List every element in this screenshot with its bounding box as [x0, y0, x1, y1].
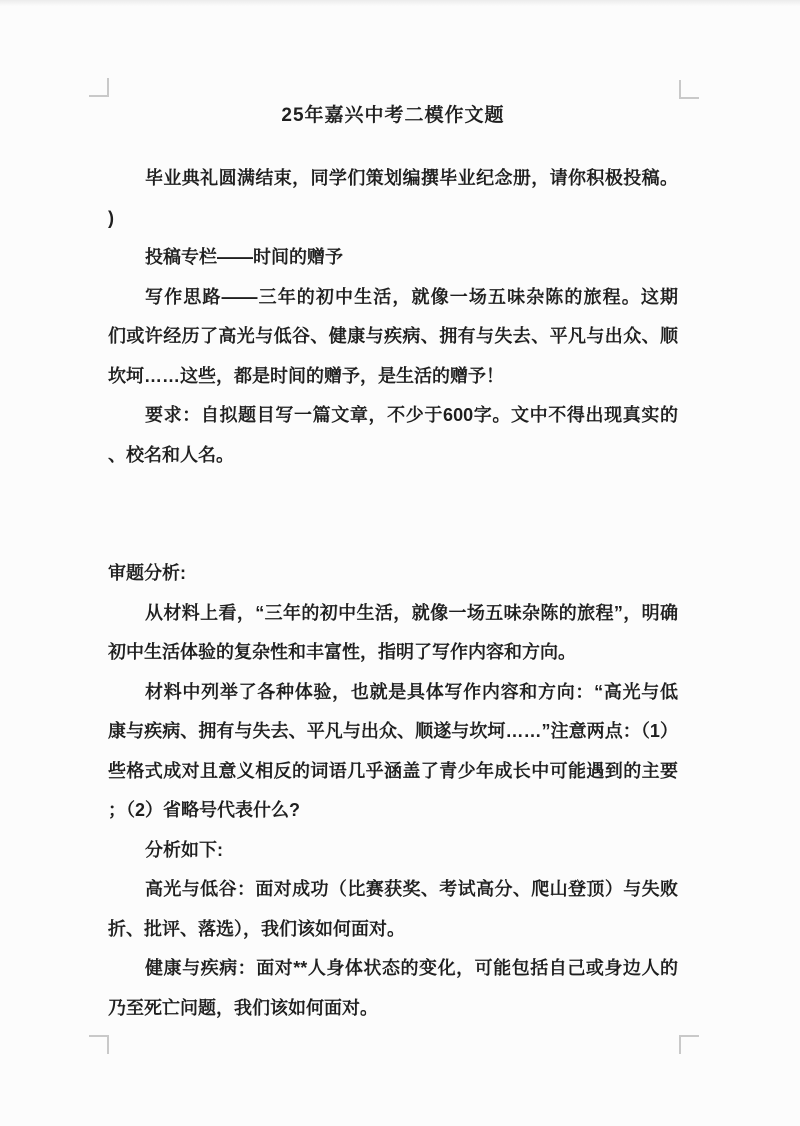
text-line: 投稿专栏——时间的赠予	[108, 238, 678, 278]
text-line: 们或许经历了高光与低谷、健康与疾病、拥有与失去、平凡与出众、顺遂与	[108, 317, 678, 357]
text-line: 材料中列举了各种体验，也就是具体写作内容和方向：“高光与低谷、健	[108, 673, 678, 713]
text-line: ；（2）省略号代表什么?	[108, 791, 678, 831]
blank-lines	[108, 475, 678, 554]
paragraph: 高光与低谷：面对成功（比赛获奖、考试高分、爬山登顶）与失败（挫折、批评、落选），…	[108, 870, 678, 949]
text-line: 初中生活体验的复杂性和丰富性，指明了写作内容和方向。	[108, 633, 678, 673]
text-boundary-mark-bottom-right	[679, 1035, 699, 1054]
text-line: 写作思路——三年的初中生活，就像一场五味杂陈的旅程。这期间，我	[108, 278, 678, 318]
paragraph: 审题分析:	[108, 554, 678, 594]
text-boundary-mark-bottom-left	[89, 1035, 109, 1054]
paragraph: 要求：自拟题目写一篇文章，不少于600字。文中不得出现真实的地名、校名和人名。	[108, 396, 678, 475]
text-line: )	[108, 199, 678, 239]
text-boundary-mark-top-right	[679, 80, 699, 99]
paragraph: 投稿专栏——时间的赠予	[108, 238, 678, 278]
text-line: 、校名和人名。	[108, 436, 678, 476]
paragraph: 健康与疾病：面对**人身体状态的变化，可能包括自己或身边人的健康乃至死亡问题，我…	[108, 949, 678, 1028]
document-body: 毕业典礼圆满结束，同学们策划编撰毕业纪念册，请你积极投稿。(50分)投稿专栏——…	[108, 159, 678, 1028]
paragraph: 材料中列举了各种体验，也就是具体写作内容和方向：“高光与低谷、健康与疾病、拥有与…	[108, 673, 678, 831]
paragraph: 分析如下:	[108, 831, 678, 871]
text-line: 从材料上看，“三年的初中生活，就像一场五味杂陈的旅程”，明确点出	[108, 594, 678, 634]
text-boundary-mark-top-left	[89, 78, 109, 97]
paragraph: 从材料上看，“三年的初中生活，就像一场五味杂陈的旅程”，明确点出初中生活体验的复…	[108, 594, 678, 673]
document-page: 25年嘉兴中考二模作文题 毕业典礼圆满结束，同学们策划编撰毕业纪念册，请你积极投…	[0, 0, 800, 1126]
paragraph: 写作思路——三年的初中生活，就像一场五味杂陈的旅程。这期间，我们或许经历了高光与…	[108, 278, 678, 397]
text-line: 审题分析:	[108, 554, 678, 594]
text-line: 折、批评、落选），我们该如何面对。	[108, 910, 678, 950]
document-title: 25年嘉兴中考二模作文题	[108, 103, 678, 129]
text-line: 高光与低谷：面对成功（比赛获奖、考试高分、爬山登顶）与失败（挫	[108, 870, 678, 910]
text-line: 乃至死亡问题，我们该如何面对。	[108, 989, 678, 1029]
paragraph: 毕业典礼圆满结束，同学们策划编撰毕业纪念册，请你积极投稿。(50分)	[108, 159, 678, 238]
text-line: 坎坷……这些，都是时间的赠予，是生活的赠予！	[108, 357, 678, 397]
text-line: 些格式成对且意义相反的词语几乎涵盖了青少年成长中可能遇到的主要体验	[108, 752, 678, 792]
text-line: 要求：自拟题目写一篇文章，不少于600字。文中不得出现真实的地名	[108, 396, 678, 436]
text-line: 分析如下:	[108, 831, 678, 871]
text-line: 康与疾病、拥有与失去、平凡与出众、顺遂与坎坷……”注意两点：（1）这	[108, 712, 678, 752]
text-line: 毕业典礼圆满结束，同学们策划编撰毕业纪念册，请你积极投稿。(50分	[108, 159, 678, 199]
text-line: 健康与疾病：面对**人身体状态的变化，可能包括自己或身边人的健康	[108, 949, 678, 989]
